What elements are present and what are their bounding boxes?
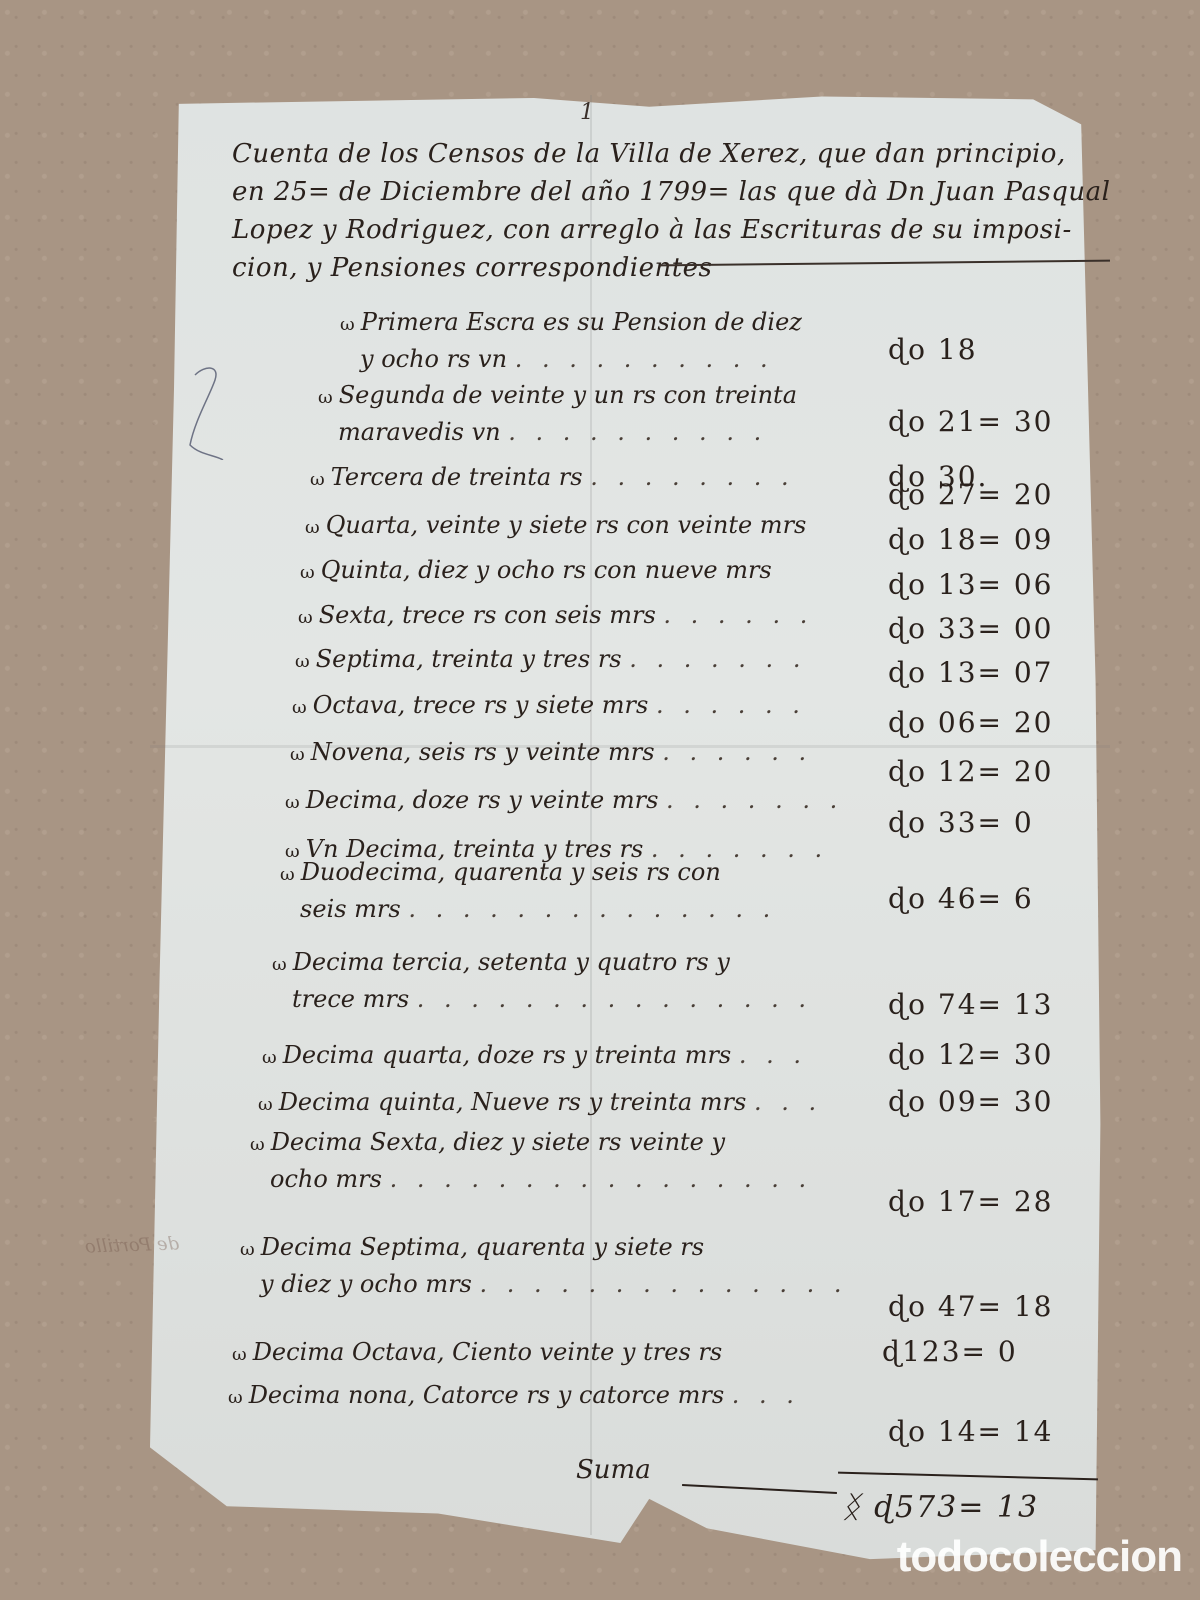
entry-amount: ɖo 18: [888, 333, 978, 366]
census-entries-list: ωPrimera Escra es su Pension de diez y o…: [0, 0, 1200, 1600]
entry-amount: ɖo 14= 14: [888, 1415, 1054, 1448]
list-item: ωNovena, seis rs y veinte mrs . . . . . …: [290, 735, 812, 772]
list-item: ωDecima quarta, doze rs y treinta mrs . …: [262, 1038, 807, 1075]
entry-amount: ɖo 74= 13: [888, 988, 1054, 1021]
list-item: ωSegunda de veinte y un rs con treinta m…: [318, 378, 797, 449]
list-item: ωDecima Sexta, diez y siete rs veinte y …: [250, 1125, 812, 1196]
entry-amount: ɖo 18= 09: [888, 523, 1054, 556]
entry-amount: ɖo 46= 6: [888, 882, 1034, 915]
total-amount: ᛝ ɖ573= 13: [842, 1490, 1039, 1525]
entry-amount: ɖo 33= 00: [888, 612, 1054, 645]
list-item: ωDecima Octava, Ciento veinte y tres rs: [232, 1335, 722, 1372]
entry-amount: ɖ123= 0: [882, 1335, 1018, 1368]
list-item: ωSeptima, treinta y tres rs . . . . . . …: [295, 642, 806, 679]
watermark-logo: todocoleccion: [897, 1532, 1182, 1582]
entry-amount: ɖo 12= 20: [888, 755, 1054, 788]
list-item: ωPrimera Escra es su Pension de diez y o…: [340, 305, 802, 376]
list-item: ωDecima nona, Catorce rs y catorce mrs .…: [228, 1378, 800, 1415]
list-item: ωDecima, doze rs y veinte mrs . . . . . …: [285, 783, 843, 820]
bullet-mark: ω: [340, 314, 355, 335]
entry-amount: ɖo 27= 20: [888, 478, 1054, 511]
entry-amount: ɖo 06= 20: [888, 706, 1054, 739]
list-item: ωSexta, trece rs con seis mrs . . . . . …: [298, 598, 813, 635]
entry-amount: ɖo 21= 30: [888, 405, 1054, 438]
list-item: ωOctava, trece rs y siete mrs . . . . . …: [292, 688, 806, 725]
entry-amount: ɖo 47= 18: [888, 1290, 1054, 1323]
list-item: ωDecima quinta, Nueve rs y treinta mrs .…: [258, 1085, 822, 1122]
list-item: ωQuinta, diez y ocho rs con nueve mrs: [300, 553, 772, 590]
entry-amount: ɖo 13= 06: [888, 568, 1054, 601]
entry-amount: ɖo 09= 30: [888, 1085, 1054, 1118]
list-item: ωDuodecima, quarenta y seis rs con seis …: [280, 855, 776, 926]
entry-amount: ɖo 17= 28: [888, 1185, 1054, 1218]
list-item: ωDecima tercia, setenta y quatro rs y tr…: [272, 945, 812, 1016]
entry-amount: ɖo 13= 07: [888, 656, 1054, 689]
list-item: ωQuarta, veinte y siete rs con veinte mr…: [305, 508, 806, 545]
entry-amount: ɖo 33= 0: [888, 806, 1034, 839]
entry-amount: ɖo 12= 30: [888, 1038, 1054, 1071]
total-label: Suma: [576, 1455, 651, 1485]
list-item: ωDecima Septima, quarenta y siete rs y d…: [240, 1230, 848, 1301]
list-item: ωTercera de treinta rs . . . . . . . .: [310, 460, 795, 497]
